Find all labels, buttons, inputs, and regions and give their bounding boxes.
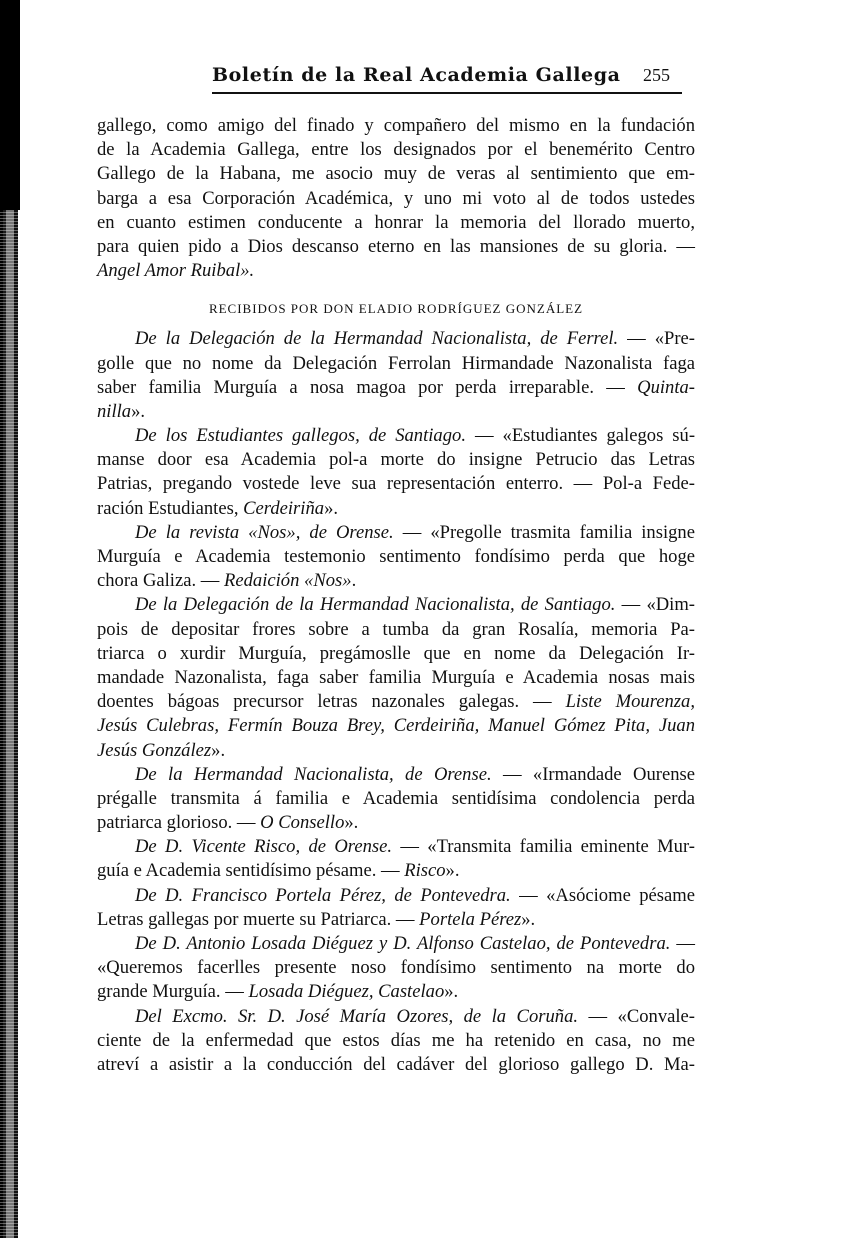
roman-text: «Queremos facerlles presente noso fondís… <box>97 957 695 978</box>
text-line: De D. Antonio Losada Diéguez y D. Alfons… <box>97 932 695 956</box>
roman-text: triarca o xurdir Murguía, pregámoslle qu… <box>97 643 695 664</box>
italic-text: De la Delegación de la Hermandad Naciona… <box>135 594 615 615</box>
text-line: De los Estudiantes gallegos, de Santiago… <box>97 424 695 448</box>
roman-text: ». <box>131 401 145 422</box>
text-line: De la Delegación de la Hermandad Naciona… <box>97 593 695 617</box>
roman-text: ». <box>446 860 460 881</box>
italic-text: Redaición «Nos» <box>224 570 352 591</box>
text-line: doentes bágoas precursor letras nazonale… <box>97 690 695 714</box>
journal-title: Boletín de la Real Academia Gallega <box>212 64 621 86</box>
roman-text: . <box>352 570 357 591</box>
roman-text: guía e Academia sentidísimo pésame. — <box>97 860 404 881</box>
roman-text: mandade Nazonalista, faga saber familia … <box>97 667 695 688</box>
italic-text: Losada Diéguez, Castelao <box>248 981 444 1002</box>
roman-text: ciente de la enfermedad que estos días m… <box>97 1030 695 1051</box>
text-line: De la Delegación de la Hermandad Naciona… <box>97 327 695 351</box>
text-line: saber familia Murguía a nosa magoa por p… <box>97 376 695 400</box>
roman-text: — «Estudiantes galegos sú- <box>466 425 695 446</box>
roman-text: prégalle transmita á familia e Academia … <box>97 788 695 809</box>
text-line: barga a esa Corporación Académica, y uno… <box>97 187 695 211</box>
roman-text: ». <box>211 740 225 761</box>
italic-text: Jesús Culebras, Fermín Bouza Brey, Cerde… <box>97 715 695 736</box>
text-line: chora Galiza. — Redaición «Nos». <box>97 569 695 593</box>
italic-text: Jesús González <box>97 740 211 761</box>
roman-text: — «Transmita familia eminente Mur- <box>392 836 695 857</box>
running-header: Boletín de la Real Academia Gallega 255 <box>212 62 682 92</box>
text-line: manse door esa Academia pol-a morte do i… <box>97 448 695 472</box>
roman-text: ». <box>444 981 458 1002</box>
roman-text: manse door esa Academia pol-a morte do i… <box>97 449 695 470</box>
scan-binding-shadow <box>0 0 20 210</box>
text-line: en cuanto estimen conducente a honrar la… <box>97 211 695 235</box>
signature: Angel Amor Ruibal». <box>97 260 254 281</box>
roman-text: — «Dim- <box>615 594 695 615</box>
section-heading: RECIBIDOS POR DON ELADIO RODRÍGUEZ GONZÁ… <box>97 297 695 321</box>
roman-text: atreví a asistir a la conducción del cad… <box>97 1054 695 1075</box>
text-line: De D. Francisco Portela Pérez, de Pontev… <box>97 884 695 908</box>
telegram-entry: De la Delegación de la Hermandad Naciona… <box>97 327 695 424</box>
roman-text: — «Pre- <box>618 328 695 349</box>
roman-text: ». <box>324 498 338 519</box>
telegram-entry: De la Hermandad Nacionalista, de Orense.… <box>97 763 695 836</box>
text-line: «Queremos facerlles presente noso fondís… <box>97 956 695 980</box>
text-line: nilla». <box>97 400 695 424</box>
text-line: atreví a asistir a la conducción del cad… <box>97 1053 695 1077</box>
text-line: de la Academia Gallega, entre los design… <box>97 138 695 162</box>
italic-text: De D. Antonio Losada Diéguez y D. Alfons… <box>135 933 670 954</box>
intro-paragraph: gallego, como amigo del finado y compañe… <box>97 114 695 283</box>
telegram-entry: Del Excmo. Sr. D. José María Ozores, de … <box>97 1005 695 1078</box>
roman-text: saber familia Murguía a nosa magoa por p… <box>97 377 637 398</box>
text-line: golle que no nome da Delegación Ferrolan… <box>97 352 695 376</box>
text-line: Del Excmo. Sr. D. José María Ozores, de … <box>97 1005 695 1029</box>
text-line: pois de depositar frores sobre a tumba d… <box>97 618 695 642</box>
text-line: De la Hermandad Nacionalista, de Orense.… <box>97 763 695 787</box>
roman-text: Letras gallegas por muerte su Patriarca.… <box>97 909 419 930</box>
text-line: grande Murguía. — Losada Diéguez, Castel… <box>97 980 695 1004</box>
text-line: prégalle transmita á familia e Academia … <box>97 787 695 811</box>
text-line: ciente de la enfermedad que estos días m… <box>97 1029 695 1053</box>
text-line: gallego, como amigo del finado y compañe… <box>97 114 695 138</box>
telegram-entry: De D. Vicente Risco, de Orense. — «Trans… <box>97 835 695 883</box>
roman-text: patriarca glorioso. — <box>97 812 260 833</box>
italic-text: De la Delegación de la Hermandad Naciona… <box>135 328 618 349</box>
text-line: De la revista «Nos», de Orense. — «Prego… <box>97 521 695 545</box>
roman-text: — <box>670 933 695 954</box>
text-line: De D. Vicente Risco, de Orense. — «Trans… <box>97 835 695 859</box>
telegram-entry: De la revista «Nos», de Orense. — «Prego… <box>97 521 695 594</box>
roman-text: — «Irmandade Ourense <box>492 764 695 785</box>
roman-text: doentes bágoas precursor letras nazonale… <box>97 691 566 712</box>
text-line: mandade Nazonalista, faga saber familia … <box>97 666 695 690</box>
roman-text: Murguía e Academia testemonio sentimento… <box>97 546 695 567</box>
telegram-entry: De la Delegación de la Hermandad Naciona… <box>97 593 695 762</box>
italic-text: Liste Mourenza, <box>566 691 695 712</box>
roman-text: Patrias, pregando vostede leve sua repre… <box>97 473 695 494</box>
roman-text: — «Pregolle trasmita familia insigne <box>394 522 695 543</box>
roman-text: ración Estudiantes, <box>97 498 243 519</box>
roman-text: chora Galiza. — <box>97 570 224 591</box>
italic-text: Quinta- <box>637 377 695 398</box>
roman-text: grande Murguía. — <box>97 981 248 1002</box>
roman-text: pois de depositar frores sobre a tumba d… <box>97 619 695 640</box>
telegram-entry: De los Estudiantes gallegos, de Santiago… <box>97 424 695 521</box>
roman-text: golle que no nome da Delegación Ferrolan… <box>97 353 695 374</box>
italic-text: De D. Vicente Risco, de Orense. <box>135 836 392 857</box>
text-line: Letras gallegas por muerte su Patriarca.… <box>97 908 695 932</box>
italic-text: nilla <box>97 401 131 422</box>
roman-text: ». <box>521 909 535 930</box>
italic-text: O Consello <box>260 812 344 833</box>
roman-text: — «Asóciome pésame <box>511 885 695 906</box>
text-line: Angel Amor Ruibal». <box>97 259 695 283</box>
italic-text: De D. Francisco Portela Pérez, de Pontev… <box>135 885 511 906</box>
telegram-entries: De la Delegación de la Hermandad Naciona… <box>97 327 695 1077</box>
text-line: Murguía e Academia testemonio sentimento… <box>97 545 695 569</box>
page-body: gallego, como amigo del finado y compañe… <box>97 114 695 1077</box>
text-line: ración Estudiantes, Cerdeiriña». <box>97 497 695 521</box>
text-line: Jesús Culebras, Fermín Bouza Brey, Cerde… <box>97 714 695 738</box>
roman-text: — «Convale- <box>578 1006 695 1027</box>
text-line: para quien pido a Dios descanso eterno e… <box>97 235 695 259</box>
telegram-entry: De D. Francisco Portela Pérez, de Pontev… <box>97 884 695 932</box>
italic-text: Cerdeiriña <box>243 498 324 519</box>
italic-text: Del Excmo. Sr. D. José María Ozores, de … <box>135 1006 578 1027</box>
header-rule <box>212 92 682 94</box>
text-line: guía e Academia sentidísimo pésame. — Ri… <box>97 859 695 883</box>
italic-text: Portela Pérez <box>419 909 521 930</box>
text-line: patriarca glorioso. — O Consello». <box>97 811 695 835</box>
roman-text: ». <box>344 812 358 833</box>
text-line: triarca o xurdir Murguía, pregámoslle qu… <box>97 642 695 666</box>
italic-text: De los Estudiantes gallegos, de Santiago… <box>135 425 466 446</box>
italic-text: De la revista «Nos», de Orense. <box>135 522 394 543</box>
text-line: Patrias, pregando vostede leve sua repre… <box>97 472 695 496</box>
telegram-entry: De D. Antonio Losada Diéguez y D. Alfons… <box>97 932 695 1005</box>
italic-text: Risco <box>404 860 445 881</box>
italic-text: De la Hermandad Nacionalista, de Orense. <box>135 764 492 785</box>
text-line: Jesús González». <box>97 739 695 763</box>
page-number: 255 <box>643 65 670 86</box>
text-line: Gallego de la Habana, me asocio muy de v… <box>97 162 695 186</box>
